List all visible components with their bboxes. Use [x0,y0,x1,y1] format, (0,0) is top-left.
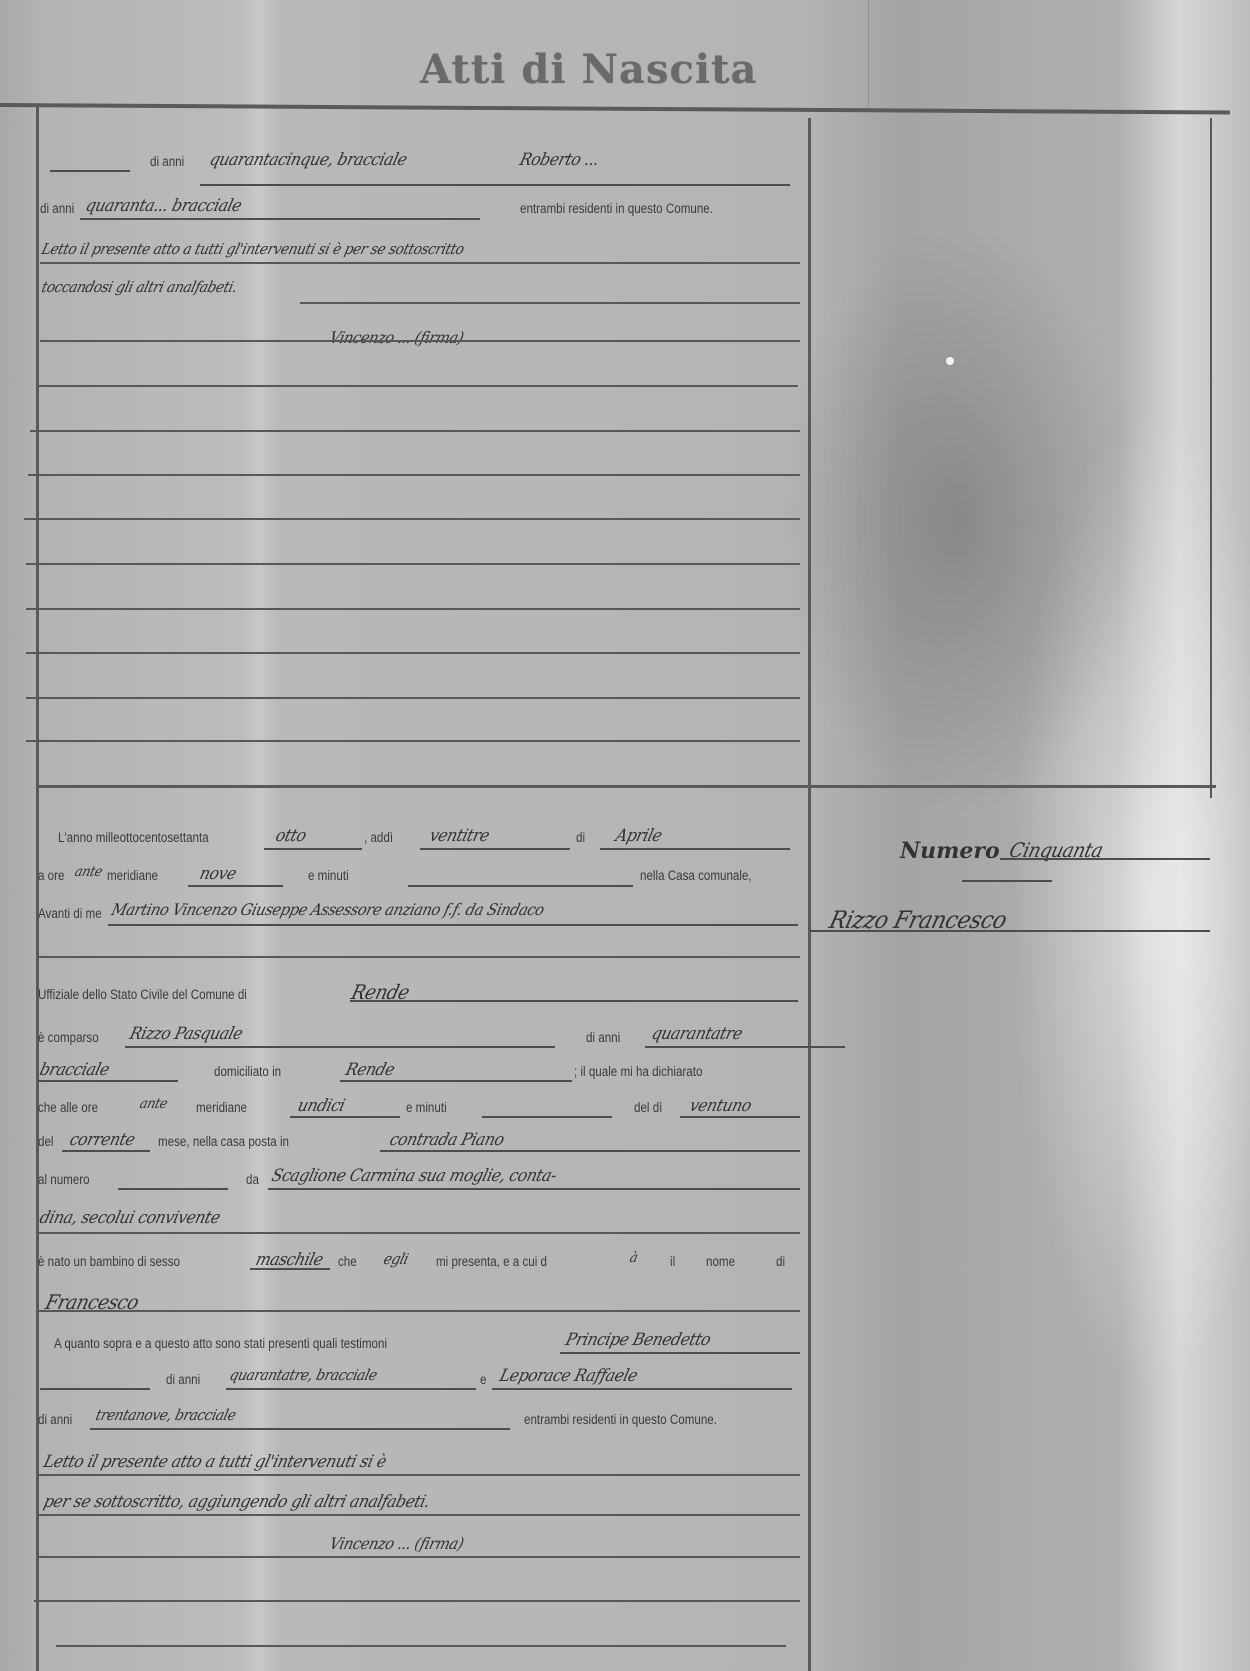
ruled-line [30,430,800,432]
line-fill [268,1188,800,1190]
ruled-line [56,1645,786,1647]
label-di-anni: di anni [40,201,74,216]
minutes-blank [408,885,633,887]
line-fill [560,1352,800,1354]
witness-age-fill: quarantacinque, bracciale [208,150,409,170]
label-minuti: e minuti [406,1100,447,1115]
declarant-fill: Rizzo Pasquale [128,1024,245,1044]
label-minuti: e minuti [308,868,349,883]
label-che-alle-ore: che alle ore [38,1100,98,1115]
line-fill [38,1080,178,1082]
line-fill [350,1000,798,1002]
month-ref-fill: corrente [68,1130,137,1150]
ruled-line [38,956,800,958]
ruled-line [34,1600,800,1602]
line-fill [290,1116,400,1118]
birth-day-fill: ventuno [688,1096,754,1116]
witness2-age-fill: trentanove, bracciale [94,1406,238,1424]
line-fill [680,1116,800,1118]
line-fill [250,1268,330,1270]
ruled-line [26,740,800,742]
hour-part-fill: ante [73,864,104,880]
label-nato: è nato un bambino di sesso [38,1254,180,1269]
label-addi: , addì [364,830,393,845]
blank-fill [50,170,130,172]
domicile-fill: Rende [344,1060,397,1080]
label-meridiane: meridiane [107,868,158,883]
line-fill [188,885,283,887]
line-fill [420,848,570,850]
officer-signature: Vincenzo ... (firma) [328,328,466,347]
label-residenti: entrambi residenti in questo Comune. [524,1412,717,1427]
line-fill [600,848,790,850]
label-di-anni: di anni [38,1412,72,1427]
line-fill [1000,858,1210,860]
declarant-age-fill: quarantatre [650,1024,745,1044]
line-fill [645,1046,845,1048]
label-che: che [338,1254,357,1269]
ruled-line [26,652,800,654]
ruled-line [38,1514,800,1516]
line-fill [200,184,790,186]
blank-fill [40,1388,150,1390]
label-domiciliato: domiciliato in [214,1064,281,1079]
number-blank [118,1188,228,1190]
label-di-anni: di anni [166,1372,200,1387]
officer-signature: Vincenzo ... (firma) [328,1534,466,1553]
label-presenta: mi presenta, e a cui d [436,1254,547,1269]
officer-fill: Martino Vincenzo Giuseppe Assessore anzi… [110,900,547,919]
pencil-mark [868,0,909,110]
ruled-line [38,1232,800,1234]
ruled-line [28,474,800,476]
pronoun-fill: egli [382,1250,410,1268]
line-fill [125,1046,555,1048]
label-comparso: è comparso [38,1030,99,1045]
ruled-line [26,697,800,699]
witness1-age-fill: quarantatre, bracciale [228,1366,379,1384]
line-fill [264,848,362,850]
line-fill [340,1080,572,1082]
label-anno: L'anno milleottocentosettanta [58,830,209,845]
ruled-line [38,1556,800,1558]
label-ore: a ore [38,868,64,883]
label-nome: nome [706,1254,735,1269]
birth-hour-fill: undici [296,1096,347,1116]
label-del-di: del dì [634,1100,662,1115]
column-divider [808,118,811,1671]
label-ufficiale: Uffiziale dello Stato Civile del Comune … [38,987,247,1002]
witness-name-fill: Roberto ... [518,150,601,170]
paper-speck [946,357,954,365]
line-fill [810,930,1210,932]
ruled-line [38,1310,800,1312]
ruled-line [38,1474,800,1476]
declarant-profession-fill: bracciale [38,1060,112,1080]
label-di: di [776,1254,785,1269]
year-fill: otto [274,826,309,846]
ruled-line [26,563,800,565]
ruled-line [40,340,800,342]
left-border [36,106,39,1671]
line-fill [62,1150,150,1152]
mother-fill: Scaglione Carmina sua moglie, conta- [270,1166,559,1186]
minutes-blank [482,1116,612,1118]
place-fill: contrada Piano [388,1130,507,1150]
label-il: il [670,1254,675,1269]
line-fill [226,1388,476,1390]
label-da: da [246,1172,259,1187]
line-fill [492,1388,792,1390]
section-divider [36,785,1216,788]
line-fill [108,924,798,926]
right-border [1210,118,1212,798]
label-meridiane: meridiane [196,1100,247,1115]
hour-part-fill: ante [138,1096,169,1112]
ruled-line [38,385,798,387]
label-di-anni: di anni [150,154,184,169]
underline-flourish [962,880,1052,882]
witness2-fill: Leporace Raffaele [498,1366,640,1386]
ruled-line [40,262,800,264]
line-fill [90,1428,510,1430]
label-mese: mese, nella casa posta in [158,1134,289,1149]
closing-text: Letto il presente atto a tutti gl'interv… [42,1452,389,1472]
label-avanti: Avanti di me [38,906,102,921]
label-quale: ; il quale mi ha dichiarato [574,1064,702,1079]
closing-text: Letto il presente atto a tutti gl'interv… [40,240,466,258]
closing-text: toccandosi gli altri analfabeti. [40,278,239,296]
ruled-line [24,518,800,520]
ruled-line [300,302,800,304]
sex-fill: maschile [254,1250,326,1270]
label-del: del [38,1134,53,1149]
label-di: di [576,830,585,845]
label-residenti: entrambi residenti in questo Comune. [520,201,713,216]
label-casa-comunale: nella Casa comunale, [640,868,752,883]
line-fill [80,218,480,220]
witness-age-fill: quaranta... bracciale [84,196,244,216]
day-fill: ventitre [428,826,492,846]
label-e: e [480,1372,486,1387]
witness1-fill: Principe Benedetto [564,1330,713,1350]
page-title: Atti di Nascita [420,46,860,93]
line-fill [380,1150,800,1152]
label-di-anni: di anni [586,1030,620,1045]
label-testimoni: A quanto sopra e a questo atto sono stat… [54,1336,387,1351]
ruled-line [26,608,800,610]
closing-text: per se sottoscritto, aggiungendo gli alt… [42,1492,432,1512]
label-al-numero: al numero [38,1172,90,1187]
mother-continuation-fill: dina, secolui convivente [38,1208,223,1228]
month-fill: Aprile [614,826,664,846]
hour-fill: nove [198,864,239,884]
label-numero: Numero [900,838,1000,864]
